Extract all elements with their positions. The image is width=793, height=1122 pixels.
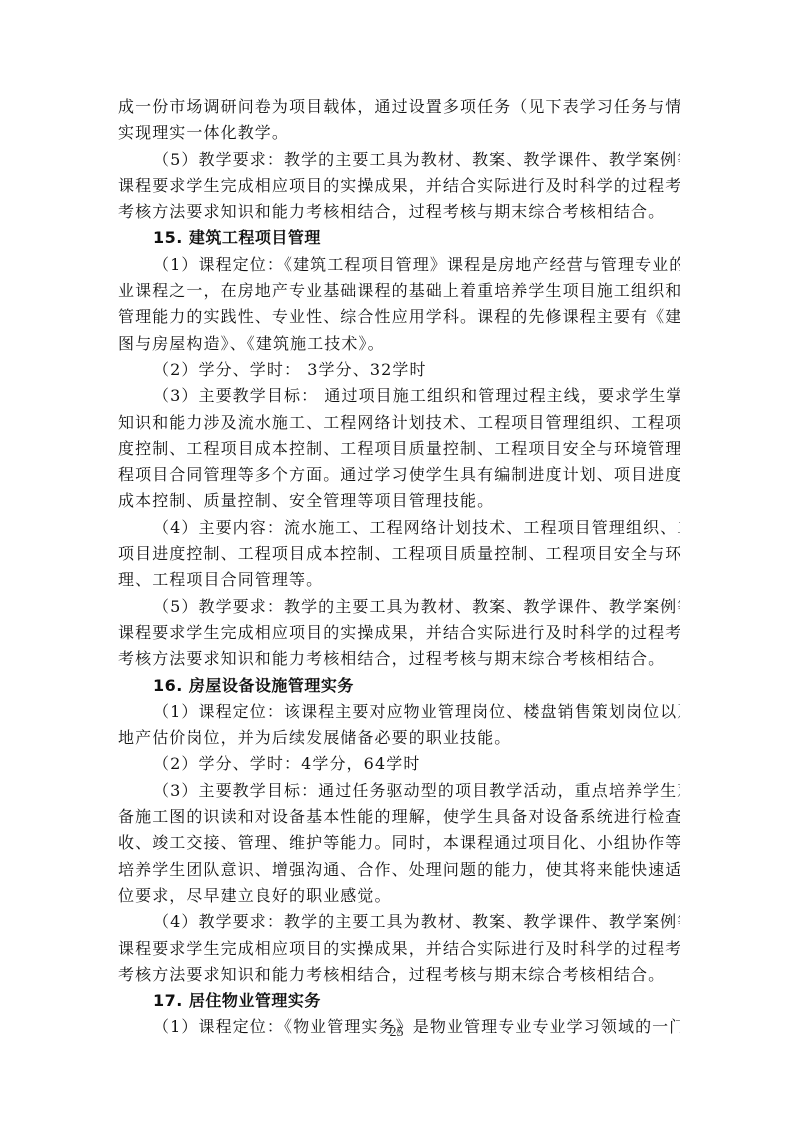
text-line: 项目进度控制、工程项目成本控制、工程项目质量控制、工程项目安全与环境管 xyxy=(118,541,680,567)
text-line: 成一份市场调研问卷为项目载体，通过设置多项任务（见下表学习任务与情境）， xyxy=(118,94,680,120)
section-heading-17: 17. 居住物业管理实务 xyxy=(118,988,680,1014)
text-line: 程项目合同管理等多个方面。通过学习使学生具有编制进度计划、项目进度控制、 xyxy=(118,462,680,488)
text-line: （1）课程定位：《建筑工程项目管理》课程是房地产经营与管理专业的专 xyxy=(118,252,680,278)
text-line: （4）主要内容：流水施工、工程网络计划技术、工程项目管理组织、工程 xyxy=(118,515,680,541)
text-line: 位要求，尽早建立良好的职业感觉。 xyxy=(118,883,680,909)
text-line: （4）教学要求：教学的主要工具为教材、教案、教学课件、教学案例等。 xyxy=(118,909,680,935)
document-page: 成一份市场调研问卷为项目载体，通过设置多项任务（见下表学习任务与情境）， 实现理… xyxy=(118,94,680,1041)
text-line: （5）教学要求：教学的主要工具为教材、教案、教学课件、教学案例等。 xyxy=(118,594,680,620)
text-line: 考核方法要求知识和能力考核相结合，过程考核与期末综合考核相结合。 xyxy=(118,646,680,672)
text-line: 管理能力的实践性、专业性、综合性应用学科。课程的先修课程主要有《建筑识 xyxy=(118,304,680,330)
text-line: （1）课程定位：该课程主要对应物业管理岗位、楼盘销售策划岗位以及房 xyxy=(118,699,680,725)
text-line: 课程要求学生完成相应项目的实操成果，并结合实际进行及时科学的过程考核。 xyxy=(118,173,680,199)
text-line: （3）主要教学目标：通过任务驱动型的项目教学活动，重点培养学生对设 xyxy=(118,778,680,804)
text-line: 课程要求学生完成相应项目的实操成果，并结合实际进行及时科学的过程考核。 xyxy=(118,936,680,962)
text-line: 考核方法要求知识和能力考核相结合，过程考核与期末综合考核相结合。 xyxy=(118,199,680,225)
section-heading-15: 15. 建筑工程项目管理 xyxy=(118,225,680,251)
text-line: 课程要求学生完成相应项目的实操成果，并结合实际进行及时科学的过程考核。 xyxy=(118,620,680,646)
text-line: 图与房屋构造》、《建筑施工技术》。 xyxy=(118,331,680,357)
text-line: 知识和能力涉及流水施工、工程网络计划技术、工程项目管理组织、工程项目进 xyxy=(118,410,680,436)
text-line: 收、竣工交接、管理、维护等能力。同时，本课程通过项目化、小组协作等方法， xyxy=(118,830,680,856)
text-line: （3）主要教学目标： 通过项目施工组织和管理过程主线，要求学生掌握的 xyxy=(118,383,680,409)
section-heading-16: 16. 房屋设备设施管理实务 xyxy=(118,673,680,699)
page-number: 25 xyxy=(0,1025,793,1041)
text-line: 成本控制、质量控制、安全管理等项目管理技能。 xyxy=(118,488,680,514)
text-line: 考核方法要求知识和能力考核相结合，过程考核与期末综合考核相结合。 xyxy=(118,962,680,988)
text-line: 实现理实一体化教学。 xyxy=(118,120,680,146)
text-line: 培养学生团队意识、增强沟通、合作、处理问题的能力，使其将来能快速适应岗 xyxy=(118,857,680,883)
text-line: 理、工程项目合同管理等。 xyxy=(118,567,680,593)
text-line: 业课程之一，在房地产专业基础课程的基础上着重培养学生项目施工组织和项目 xyxy=(118,278,680,304)
text-line: （2）学分、学时：4学分，64学时 xyxy=(118,751,680,777)
text-line: （2）学分、学时： 3学分、32学时 xyxy=(118,357,680,383)
text-line: 度控制、工程项目成本控制、工程项目质量控制、工程项目安全与环境管理、工 xyxy=(118,436,680,462)
text-line: 备施工图的识读和对设备基本性能的理解，使学生具备对设备系统进行检查、验 xyxy=(118,804,680,830)
text-line: 地产估价岗位，并为后续发展储备必要的职业技能。 xyxy=(118,725,680,751)
text-line: （5）教学要求：教学的主要工具为教材、教案、教学课件、教学案例等。 xyxy=(118,147,680,173)
